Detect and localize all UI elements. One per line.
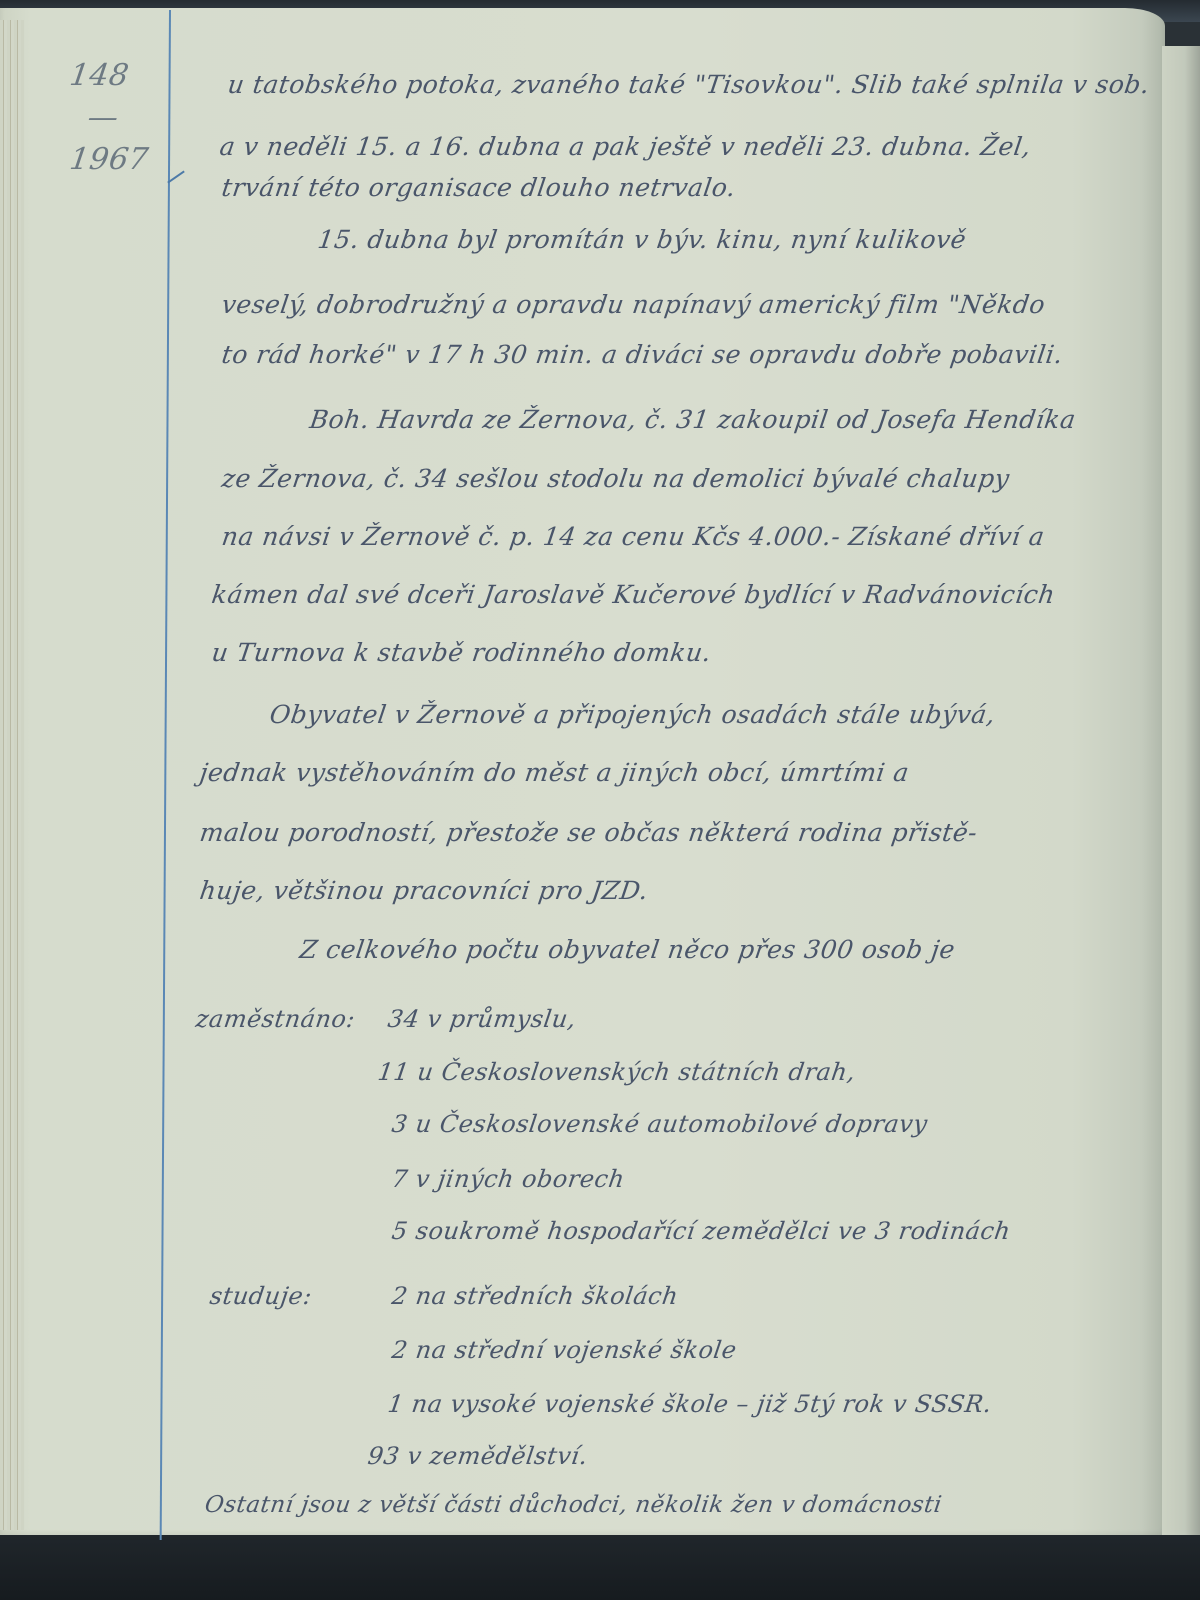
text-line: Z celkového počtu obyvatel něco přes 300… (298, 935, 957, 964)
text-line: to rád horké" v 17 h 30 min. a diváci se… (220, 340, 1065, 369)
text-line: kámen dal své dceři Jaroslavě Kučerové b… (210, 580, 1057, 609)
studies-item: 2 na střední vojenské škole (390, 1336, 738, 1364)
closing-line: Ostatní jsou z větší části důchodci, něk… (203, 1492, 943, 1518)
employment-item: 7 v jiných oborech (390, 1165, 627, 1193)
scan-background-bottom (0, 1535, 1200, 1600)
studies-label: studuje: (208, 1282, 314, 1310)
text-line: jednak vystěhováním do měst a jiných obc… (198, 758, 911, 787)
text-line: malou porodností, přestože se občas někt… (198, 818, 979, 847)
text-line: huje, většinou pracovníci pro JZD. (198, 876, 650, 905)
employment-item: 5 soukromě hospodařící zemědělci ve 3 ro… (390, 1217, 1012, 1245)
studies-item: 93 v zemědělství. (366, 1442, 590, 1470)
text-line: a v neděli 15. a 16. dubna a pak ještě v… (218, 132, 1033, 161)
page-number: 148 (68, 58, 132, 93)
studies-item: 1 na vysoké vojenské škole – již 5tý rok… (386, 1390, 994, 1418)
next-page-edge (1162, 46, 1200, 1546)
margin-separator: — (86, 100, 121, 135)
year: 1967 (68, 142, 151, 177)
studies-item: 2 na středních školách (390, 1282, 680, 1310)
text-line: Boh. Havrda ze Žernova, č. 31 zakoupil o… (308, 405, 1078, 434)
text-line: veselý, dobrodružný a opravdu napínavý a… (220, 290, 1047, 319)
text-line: trvání této organisace dlouho netrvalo. (220, 173, 738, 202)
text-line: u tatobského potoka, zvaného také "Tisov… (226, 70, 1152, 99)
page-stack-edge (0, 20, 24, 1530)
employment-item: 34 v průmyslu, (386, 1005, 578, 1033)
text-line: ze Žernova, č. 34 sešlou stodolu na demo… (220, 464, 1011, 493)
employment-item: 3 u Československé automobilové dopravy (390, 1110, 929, 1138)
text-line: Obyvatel v Žernově a připojených osadách… (268, 700, 997, 729)
employment-item: 11 u Československých státních drah, (376, 1058, 857, 1086)
employment-label: zaměstnáno: (194, 1005, 357, 1033)
text-line: 15. dubna byl promítán v býv. kinu, nyní… (316, 225, 968, 254)
text-line: na návsi v Žernově č. p. 14 za cenu Kčs … (220, 522, 1047, 551)
text-line: u Turnova k stavbě rodinného domku. (210, 638, 713, 667)
